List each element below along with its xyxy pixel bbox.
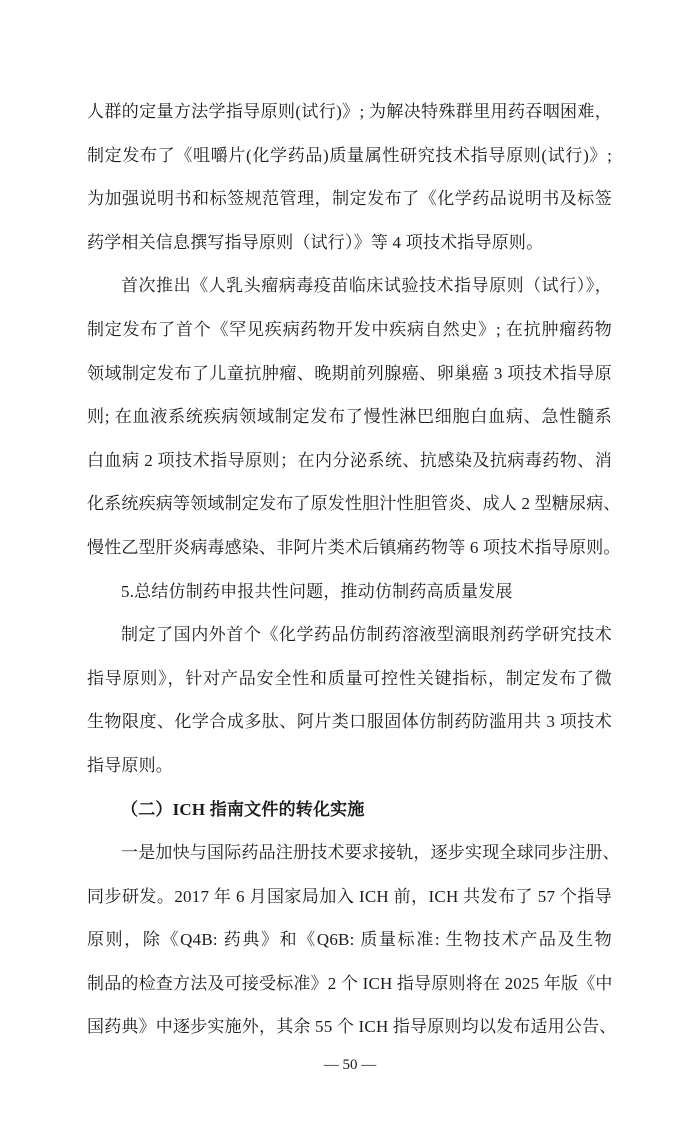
- text-line: 制定了国内外首个《化学药品仿制药溶液型滴眼剂药学研究技术: [87, 613, 612, 657]
- text-line: 人群的定量方法学指导原则(试行)》; 为解决特殊群里用药吞咽困难，: [87, 90, 612, 134]
- text-line: 指导原则》，针对产品安全性和质量可控性关键指标，制定发布了微: [87, 657, 612, 701]
- section-heading-numbered: 5.总结仿制药申报共性问题，推动仿制药高质量发展: [87, 570, 612, 614]
- text-line: 白血病 2 项技术指导原则；在内分泌系统、抗感染及抗病毒药物、消: [87, 439, 612, 483]
- text-line: 化系统疾病等领域制定发布了原发性胆汁性胆管炎、成人 2 型糖尿病、: [87, 482, 612, 526]
- text-line: 国药典》中逐步实施外，其余 55 个 ICH 指导原则均以发布适用公告、: [87, 1005, 612, 1049]
- text-line: 生物限度、化学合成多肽、阿片类口服固体仿制药防滥用共 3 项技术: [87, 700, 612, 744]
- text-line: 首次推出《人乳头瘤病毒疫苗临床试验技术指导原则（试行）》，: [87, 264, 612, 308]
- document-text-block: 人群的定量方法学指导原则(试行)》; 为解决特殊群里用药吞咽困难， 制定发布了《…: [87, 90, 612, 1049]
- text-line: 药学相关信息撰写指导原则（试行）》等 4 项技术指导原则。: [87, 221, 612, 265]
- text-line: 同步研发。2017 年 6 月国家局加入 ICH 前，ICH 共发布了 57 个…: [87, 875, 612, 919]
- text-line: 制定发布了《咀嚼片(化学药品)质量属性研究技术指导原则(试行)》;: [87, 134, 612, 178]
- text-line: 则; 在血液系统疾病领域制定发布了慢性淋巴细胞白血病、急性髓系: [87, 395, 612, 439]
- text-line: 制品的检查方法及可接受标准》2 个 ICH 指导原则将在 2025 年版《中: [87, 962, 612, 1006]
- section-heading-ich: （二）ICH 指南文件的转化实施: [87, 788, 612, 832]
- text-line: 原则，除《Q4B: 药典》和《Q6B: 质量标准: 生物技术产品及生物: [87, 918, 612, 962]
- page-number: — 50 —: [0, 1052, 700, 1078]
- text-line: 领域制定发布了儿童抗肿瘤、晚期前列腺癌、卵巢癌 3 项技术指导原: [87, 352, 612, 396]
- text-line: 为加强说明书和标签规范管理，制定发布了《化学药品说明书及标签: [87, 177, 612, 221]
- text-line: 一是加快与国际药品注册技术要求接轨，逐步实现全球同步注册、: [87, 831, 612, 875]
- text-line: 指导原则。: [87, 744, 612, 788]
- text-line: 制定发布了首个《罕见疾病药物开发中疾病自然史》; 在抗肿瘤药物: [87, 308, 612, 352]
- document-page: 人群的定量方法学指导原则(试行)》; 为解决特殊群里用药吞咽困难， 制定发布了《…: [0, 0, 700, 1148]
- text-line: 慢性乙型肝炎病毒感染、非阿片类术后镇痛药物等 6 项技术指导原则。: [87, 526, 612, 570]
